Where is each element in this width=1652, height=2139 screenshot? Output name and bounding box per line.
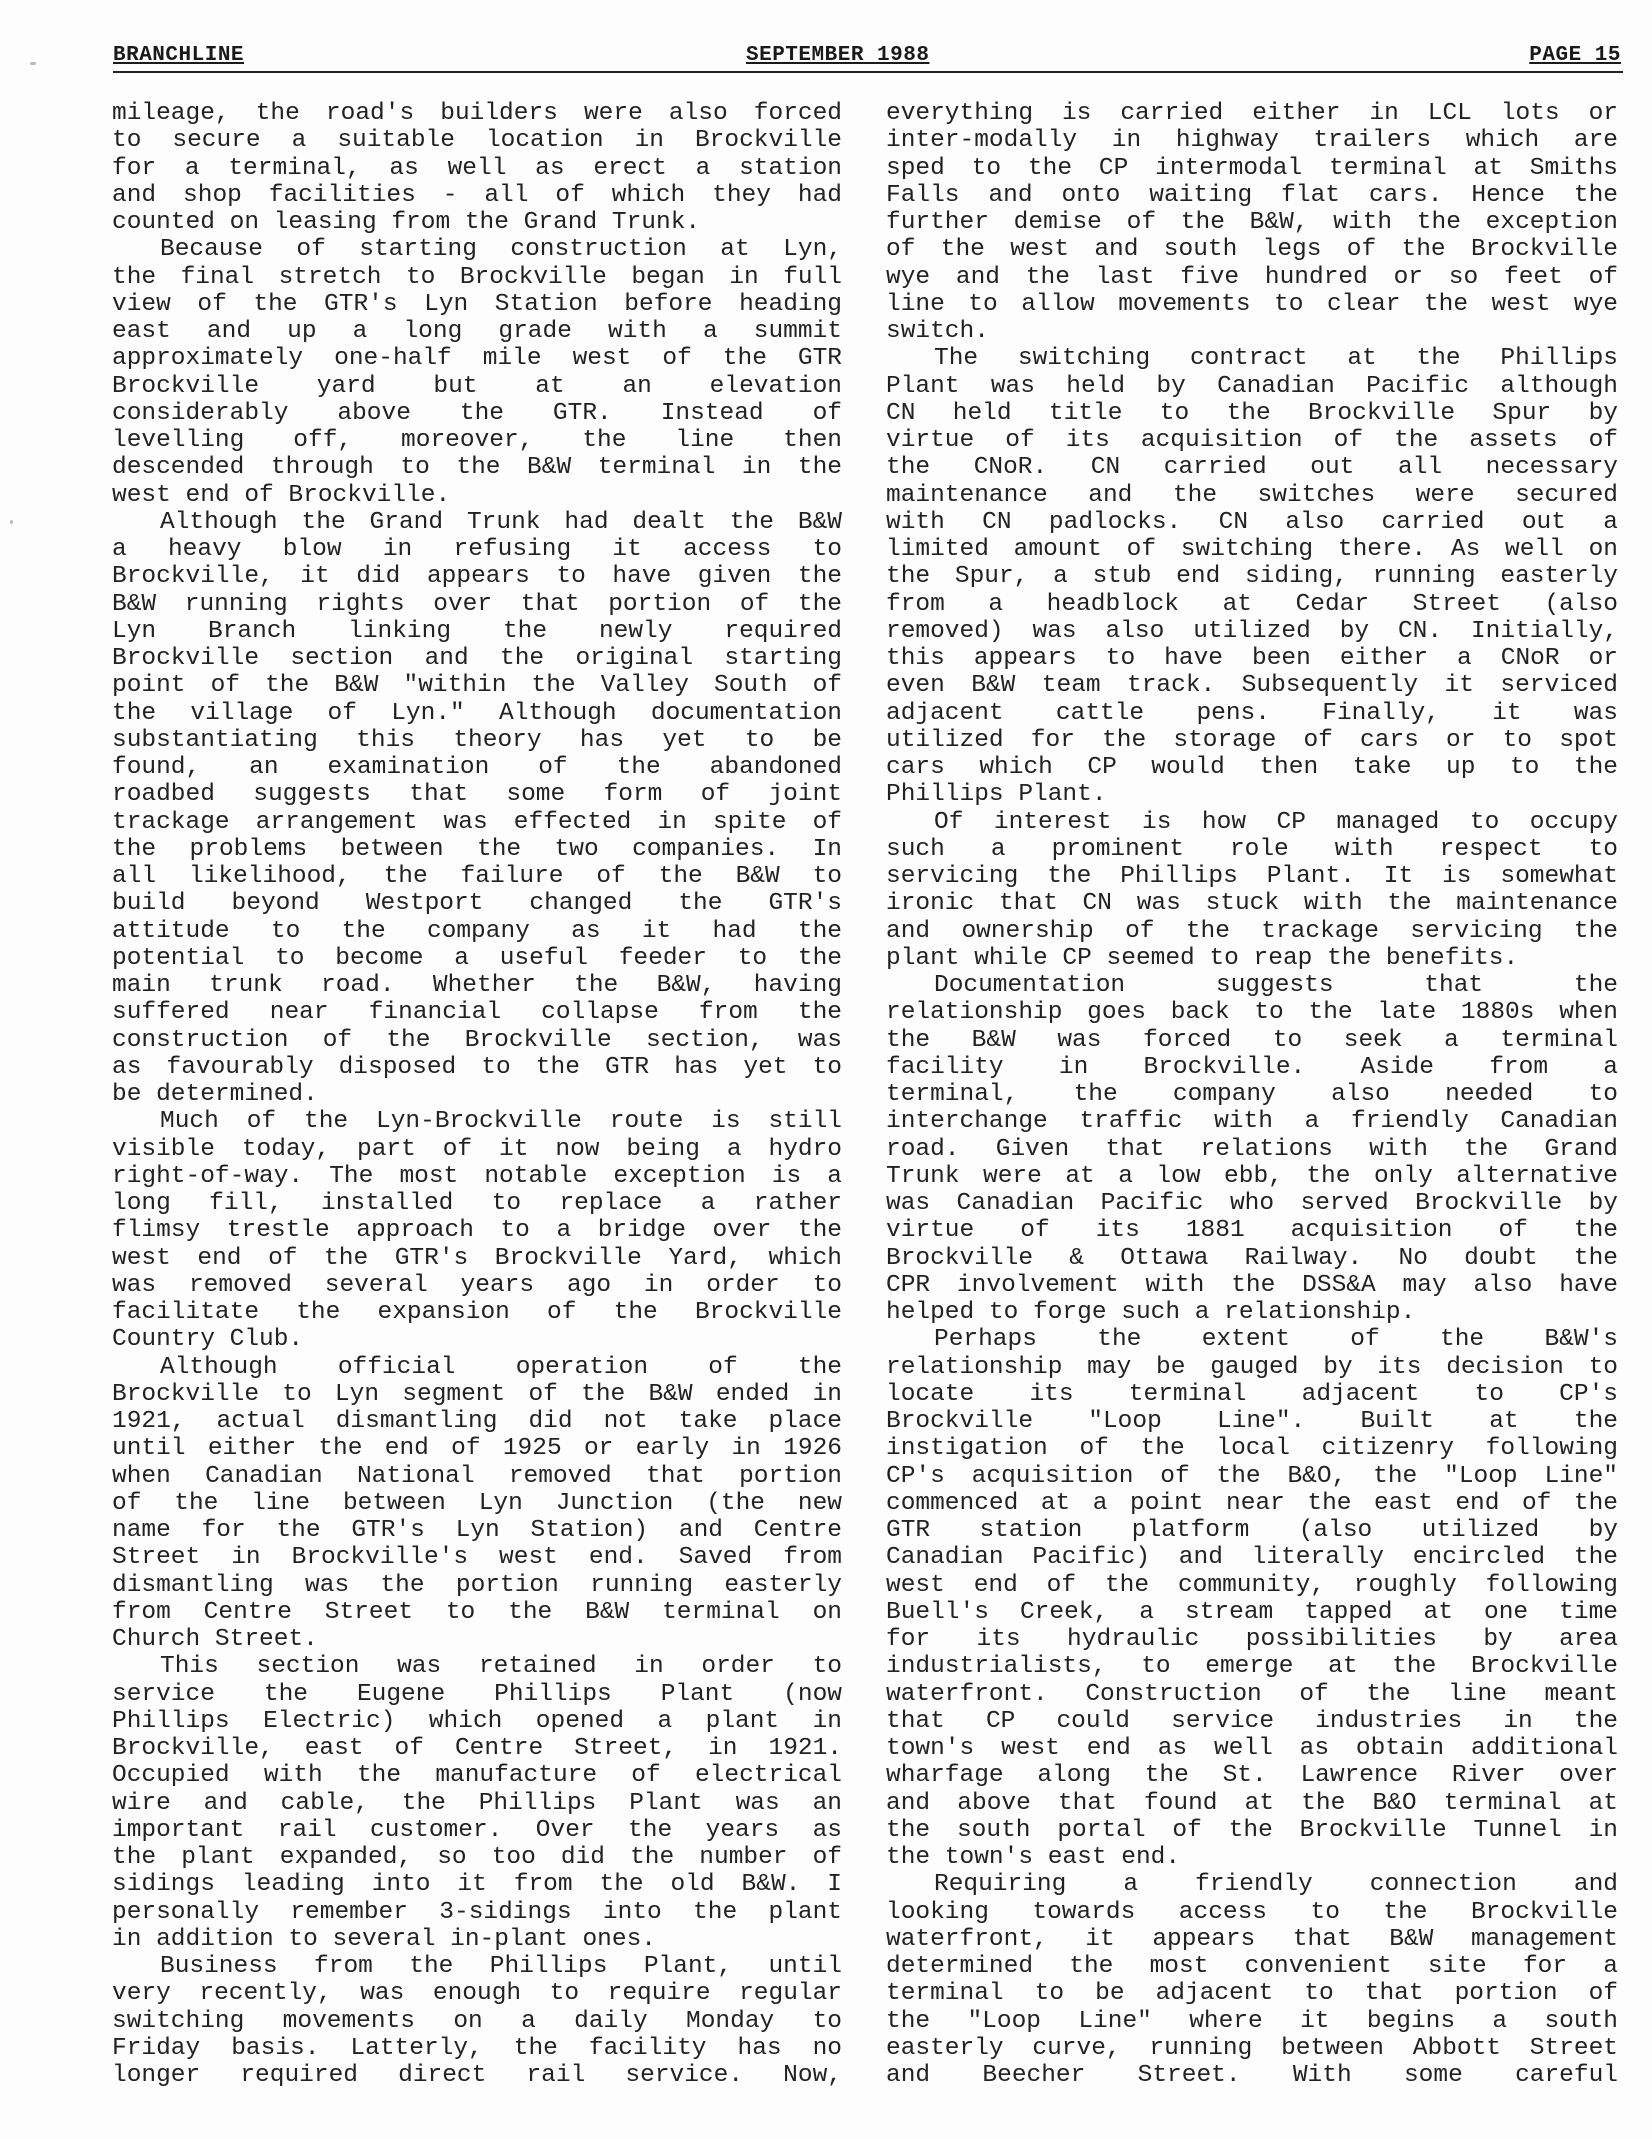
text-line: commenced at a point near the east end o… <box>886 1490 1618 1517</box>
text-line: all likelihood, the failure of the B&W t… <box>112 863 842 890</box>
text-line: helped to forge such a relationship. <box>886 1299 1618 1326</box>
text-line: was removed several years ago in order t… <box>112 1272 842 1299</box>
text-line: Falls and onto waiting flat cars. Hence … <box>886 182 1618 209</box>
text-line: GTR station platform (also utilized by <box>886 1517 1618 1544</box>
text-line: further demise of the B&W, with the exce… <box>886 209 1618 236</box>
text-line: dismantling was the portion running east… <box>112 1572 842 1599</box>
text-line: Requiring a friendly connection and <box>886 1871 1618 1898</box>
text-line: east and up a long grade with a summit <box>112 318 842 345</box>
text-line: Canadian Pacific) and literally encircle… <box>886 1544 1618 1571</box>
text-line: removed) was also utilized by CN. Initia… <box>886 618 1618 645</box>
text-line: from a headblock at Cedar Street (also <box>886 591 1618 618</box>
text-line: construction of the Brockville section, … <box>112 1027 842 1054</box>
text-line: from Centre Street to the B&W terminal o… <box>112 1599 842 1626</box>
text-line: build beyond Westport changed the GTR's <box>112 890 842 917</box>
text-line: Buell's Creek, a stream tapped at one ti… <box>886 1599 1618 1626</box>
text-line: Lyn Branch linking the newly required <box>112 618 842 645</box>
text-line: waterfront, it appears that B&W manageme… <box>886 1926 1618 1953</box>
text-line: main trunk road. Whether the B&W, having <box>112 972 842 999</box>
page-number: PAGE 15 <box>1529 44 1623 67</box>
text-line: west end of the community, roughly follo… <box>886 1572 1618 1599</box>
text-line: the Spur, a stub end siding, running eas… <box>886 563 1618 590</box>
text-line: town's west end as well as obtain additi… <box>886 1735 1618 1762</box>
text-line: that CP could service industries in the <box>886 1708 1618 1735</box>
right-column: everything is carried either in LCL lots… <box>886 100 1618 2089</box>
text-line: the village of Lyn." Although documentat… <box>112 700 842 727</box>
text-line: such a prominent role with respect to <box>886 836 1618 863</box>
text-line: determined the most convenient site for … <box>886 1953 1618 1980</box>
publication-title: BRANCHLINE <box>113 44 246 67</box>
text-line: The switching contract at the Phillips <box>886 345 1618 372</box>
text-line: Brockville, it did appears to have given… <box>112 563 842 590</box>
text-line: virtue of its 1881 acquisition of the <box>886 1217 1618 1244</box>
text-line: industrialists, to emerge at the Brockvi… <box>886 1653 1618 1680</box>
page-header: BRANCHLINE SEPTEMBER 1988 PAGE 15 <box>113 44 1623 74</box>
text-line: visible today, part of it now being a hy… <box>112 1136 842 1163</box>
text-line: mileage, the road's builders were also f… <box>112 100 842 127</box>
text-line: counted on leasing from the Grand Trunk. <box>112 209 842 236</box>
scan-speck <box>30 62 36 65</box>
text-line: very recently, was enough to require reg… <box>112 1980 842 2007</box>
text-line: cars which CP would then take up to the <box>886 754 1618 781</box>
text-line: the "Loop Line" where it begins a south <box>886 2008 1618 2035</box>
left-column: mileage, the road's builders were also f… <box>112 100 842 2089</box>
text-line: sped to the CP intermodal terminal at Sm… <box>886 155 1618 182</box>
text-line: Plant was held by Canadian Pacific altho… <box>886 373 1618 400</box>
text-line: sidings leading into it from the old B&W… <box>112 1871 842 1898</box>
text-line: name for the GTR's Lyn Station) and Cent… <box>112 1517 842 1544</box>
text-line: locate its terminal adjacent to CP's <box>886 1381 1618 1408</box>
text-line: terminal, the company also needed to <box>886 1081 1618 1108</box>
text-line: utilized for the storage of cars or to s… <box>886 727 1618 754</box>
text-line: the south portal of the Brockville Tunne… <box>886 1817 1618 1844</box>
text-line: line to allow movements to clear the wes… <box>886 291 1618 318</box>
text-line: longer required direct rail service. Now… <box>112 2062 842 2089</box>
text-line: facilitate the expansion of the Brockvil… <box>112 1299 842 1326</box>
text-line: Because of starting construction at Lyn, <box>112 236 842 263</box>
text-line: instigation of the local citizenry follo… <box>886 1435 1618 1462</box>
text-line: even B&W team track. Subsequently it ser… <box>886 672 1618 699</box>
text-line: Brockville & Ottawa Railway. No doubt th… <box>886 1245 1618 1272</box>
text-line: this appears to have been either a CNoR … <box>886 645 1618 672</box>
text-line: was Canadian Pacific who served Brockvil… <box>886 1190 1618 1217</box>
text-line: be determined. <box>112 1081 842 1108</box>
text-line: looking towards access to the Brockville <box>886 1899 1618 1926</box>
text-line: everything is carried either in LCL lots… <box>886 100 1618 127</box>
text-line: CP's acquisition of the B&O, the "Loop L… <box>886 1463 1618 1490</box>
text-line: and ownership of the trackage servicing … <box>886 918 1618 945</box>
document-page: BRANCHLINE SEPTEMBER 1988 PAGE 15 mileag… <box>0 0 1652 2139</box>
text-line: Phillips Plant. <box>886 781 1618 808</box>
text-line: interchange traffic with a friendly Cana… <box>886 1108 1618 1135</box>
text-line: Much of the Lyn-Brockville route is stil… <box>112 1108 842 1135</box>
text-line: west end of the GTR's Brockville Yard, w… <box>112 1245 842 1272</box>
text-line: relationship may be gauged by its decisi… <box>886 1354 1618 1381</box>
text-line: maintenance and the switches were secure… <box>886 482 1618 509</box>
text-line: Country Club. <box>112 1326 842 1353</box>
text-line: found, an examination of the abandoned <box>112 754 842 781</box>
text-line: west end of Brockville. <box>112 482 842 509</box>
text-line: substantiating this theory has yet to be <box>112 727 842 754</box>
text-line: Business from the Phillips Plant, until <box>112 1953 842 1980</box>
text-line: for its hydraulic possibilities by area <box>886 1626 1618 1653</box>
text-line: approximately one-half mile west of the … <box>112 345 842 372</box>
text-line: the CNoR. CN carried out all necessary <box>886 454 1618 481</box>
text-line: of the west and south legs of the Brockv… <box>886 236 1618 263</box>
text-line: trackage arrangement was effected in spi… <box>112 809 842 836</box>
text-line: Brockville to Lyn segment of the B&W end… <box>112 1381 842 1408</box>
text-line: the final stretch to Brockville began in… <box>112 264 842 291</box>
text-line: wye and the last five hundred or so feet… <box>886 264 1618 291</box>
text-line: levelling off, moreover, the line then <box>112 427 842 454</box>
text-line: This section was retained in order to <box>112 1653 842 1680</box>
text-line: Brockville "Loop Line". Built at the <box>886 1408 1618 1435</box>
text-line: Brockville yard but at an elevation <box>112 373 842 400</box>
text-line: easterly curve, running between Abbott S… <box>886 2035 1618 2062</box>
text-line: personally remember 3-sidings into the p… <box>112 1899 842 1926</box>
text-line: potential to become a useful feeder to t… <box>112 945 842 972</box>
text-line: facility in Brockville. Aside from a <box>886 1054 1618 1081</box>
text-line: wire and cable, the Phillips Plant was a… <box>112 1790 842 1817</box>
text-line: for a terminal, as well as erect a stati… <box>112 155 842 182</box>
text-line: 1921, actual dismantling did not take pl… <box>112 1408 842 1435</box>
text-line: with CN padlocks. CN also carried out a <box>886 509 1618 536</box>
issue-date: SEPTEMBER 1988 <box>746 44 931 67</box>
text-line: Brockville, east of Centre Street, in 19… <box>112 1735 842 1762</box>
text-line: road. Given that relations with the Gran… <box>886 1136 1618 1163</box>
text-line: wharfage along the St. Lawrence River ov… <box>886 1762 1618 1789</box>
text-line: long fill, installed to replace a rather <box>112 1190 842 1217</box>
text-line: the town's east end. <box>886 1844 1618 1871</box>
text-line: Although the Grand Trunk had dealt the B… <box>112 509 842 536</box>
text-line: Brockville section and the original star… <box>112 645 842 672</box>
text-line: Of interest is how CP managed to occupy <box>886 809 1618 836</box>
scan-speck <box>10 520 13 524</box>
header-rule <box>113 71 1623 73</box>
text-line: of the line between Lyn Junction (the ne… <box>112 1490 842 1517</box>
text-line: inter-modally in highway trailers which … <box>886 127 1618 154</box>
text-line: switch. <box>886 318 1618 345</box>
text-line: Occupied with the manufacture of electri… <box>112 1762 842 1789</box>
text-line: Although official operation of the <box>112 1354 842 1381</box>
text-line: considerably above the GTR. Instead of <box>112 400 842 427</box>
text-line: and Beecher Street. With some careful <box>886 2062 1618 2089</box>
text-line: descended through to the B&W terminal in… <box>112 454 842 481</box>
text-line: as favourably disposed to the GTR has ye… <box>112 1054 842 1081</box>
text-line: CN held title to the Brockville Spur by <box>886 400 1618 427</box>
text-line: switching movements on a daily Monday to <box>112 2008 842 2035</box>
text-line: CPR involvement with the DSS&A may also … <box>886 1272 1618 1299</box>
text-line: roadbed suggests that some form of joint <box>112 781 842 808</box>
text-line: Church Street. <box>112 1626 842 1653</box>
text-line: B&W running rights over that portion of … <box>112 591 842 618</box>
text-line: Perhaps the extent of the B&W's <box>886 1326 1618 1353</box>
text-line: service the Eugene Phillips Plant (now <box>112 1681 842 1708</box>
text-line: Trunk were at a low ebb, the only altern… <box>886 1163 1618 1190</box>
text-line: relationship goes back to the late 1880s… <box>886 999 1618 1026</box>
text-line: in addition to several in-plant ones. <box>112 1926 842 1953</box>
text-line: terminal to be adjacent to that portion … <box>886 1980 1618 2007</box>
text-line: Friday basis. Latterly, the facility has… <box>112 2035 842 2062</box>
text-line: waterfront. Construction of the line mea… <box>886 1681 1618 1708</box>
text-line: limited amount of switching there. As we… <box>886 536 1618 563</box>
text-line: adjacent cattle pens. Finally, it was <box>886 700 1618 727</box>
text-line: the problems between the two companies. … <box>112 836 842 863</box>
text-line: right-of-way. The most notable exception… <box>112 1163 842 1190</box>
text-line: servicing the Phillips Plant. It is some… <box>886 863 1618 890</box>
text-line: the plant expanded, so too did the numbe… <box>112 1844 842 1871</box>
text-line: virtue of its acquisition of the assets … <box>886 427 1618 454</box>
text-line: important rail customer. Over the years … <box>112 1817 842 1844</box>
text-line: Phillips Electric) which opened a plant … <box>112 1708 842 1735</box>
text-line: to secure a suitable location in Brockvi… <box>112 127 842 154</box>
text-line: Street in Brockville's west end. Saved f… <box>112 1544 842 1571</box>
text-line: and shop facilities - all of which they … <box>112 182 842 209</box>
text-line: a heavy blow in refusing it access to <box>112 536 842 563</box>
text-line: flimsy trestle approach to a bridge over… <box>112 1217 842 1244</box>
text-line: and above that found at the B&O terminal… <box>886 1790 1618 1817</box>
text-line: view of the GTR's Lyn Station before hea… <box>112 291 842 318</box>
text-line: plant while CP seemed to reap the benefi… <box>886 945 1618 972</box>
text-line: ironic that CN was stuck with the mainte… <box>886 890 1618 917</box>
text-line: suffered near financial collapse from th… <box>112 999 842 1026</box>
text-line: the B&W was forced to seek a terminal <box>886 1027 1618 1054</box>
text-line: Documentation suggests that the <box>886 972 1618 999</box>
text-line: attitude to the company as it had the <box>112 918 842 945</box>
text-line: point of the B&W "within the Valley Sout… <box>112 672 842 699</box>
text-line: when Canadian National removed that port… <box>112 1463 842 1490</box>
text-line: until either the end of 1925 or early in… <box>112 1435 842 1462</box>
